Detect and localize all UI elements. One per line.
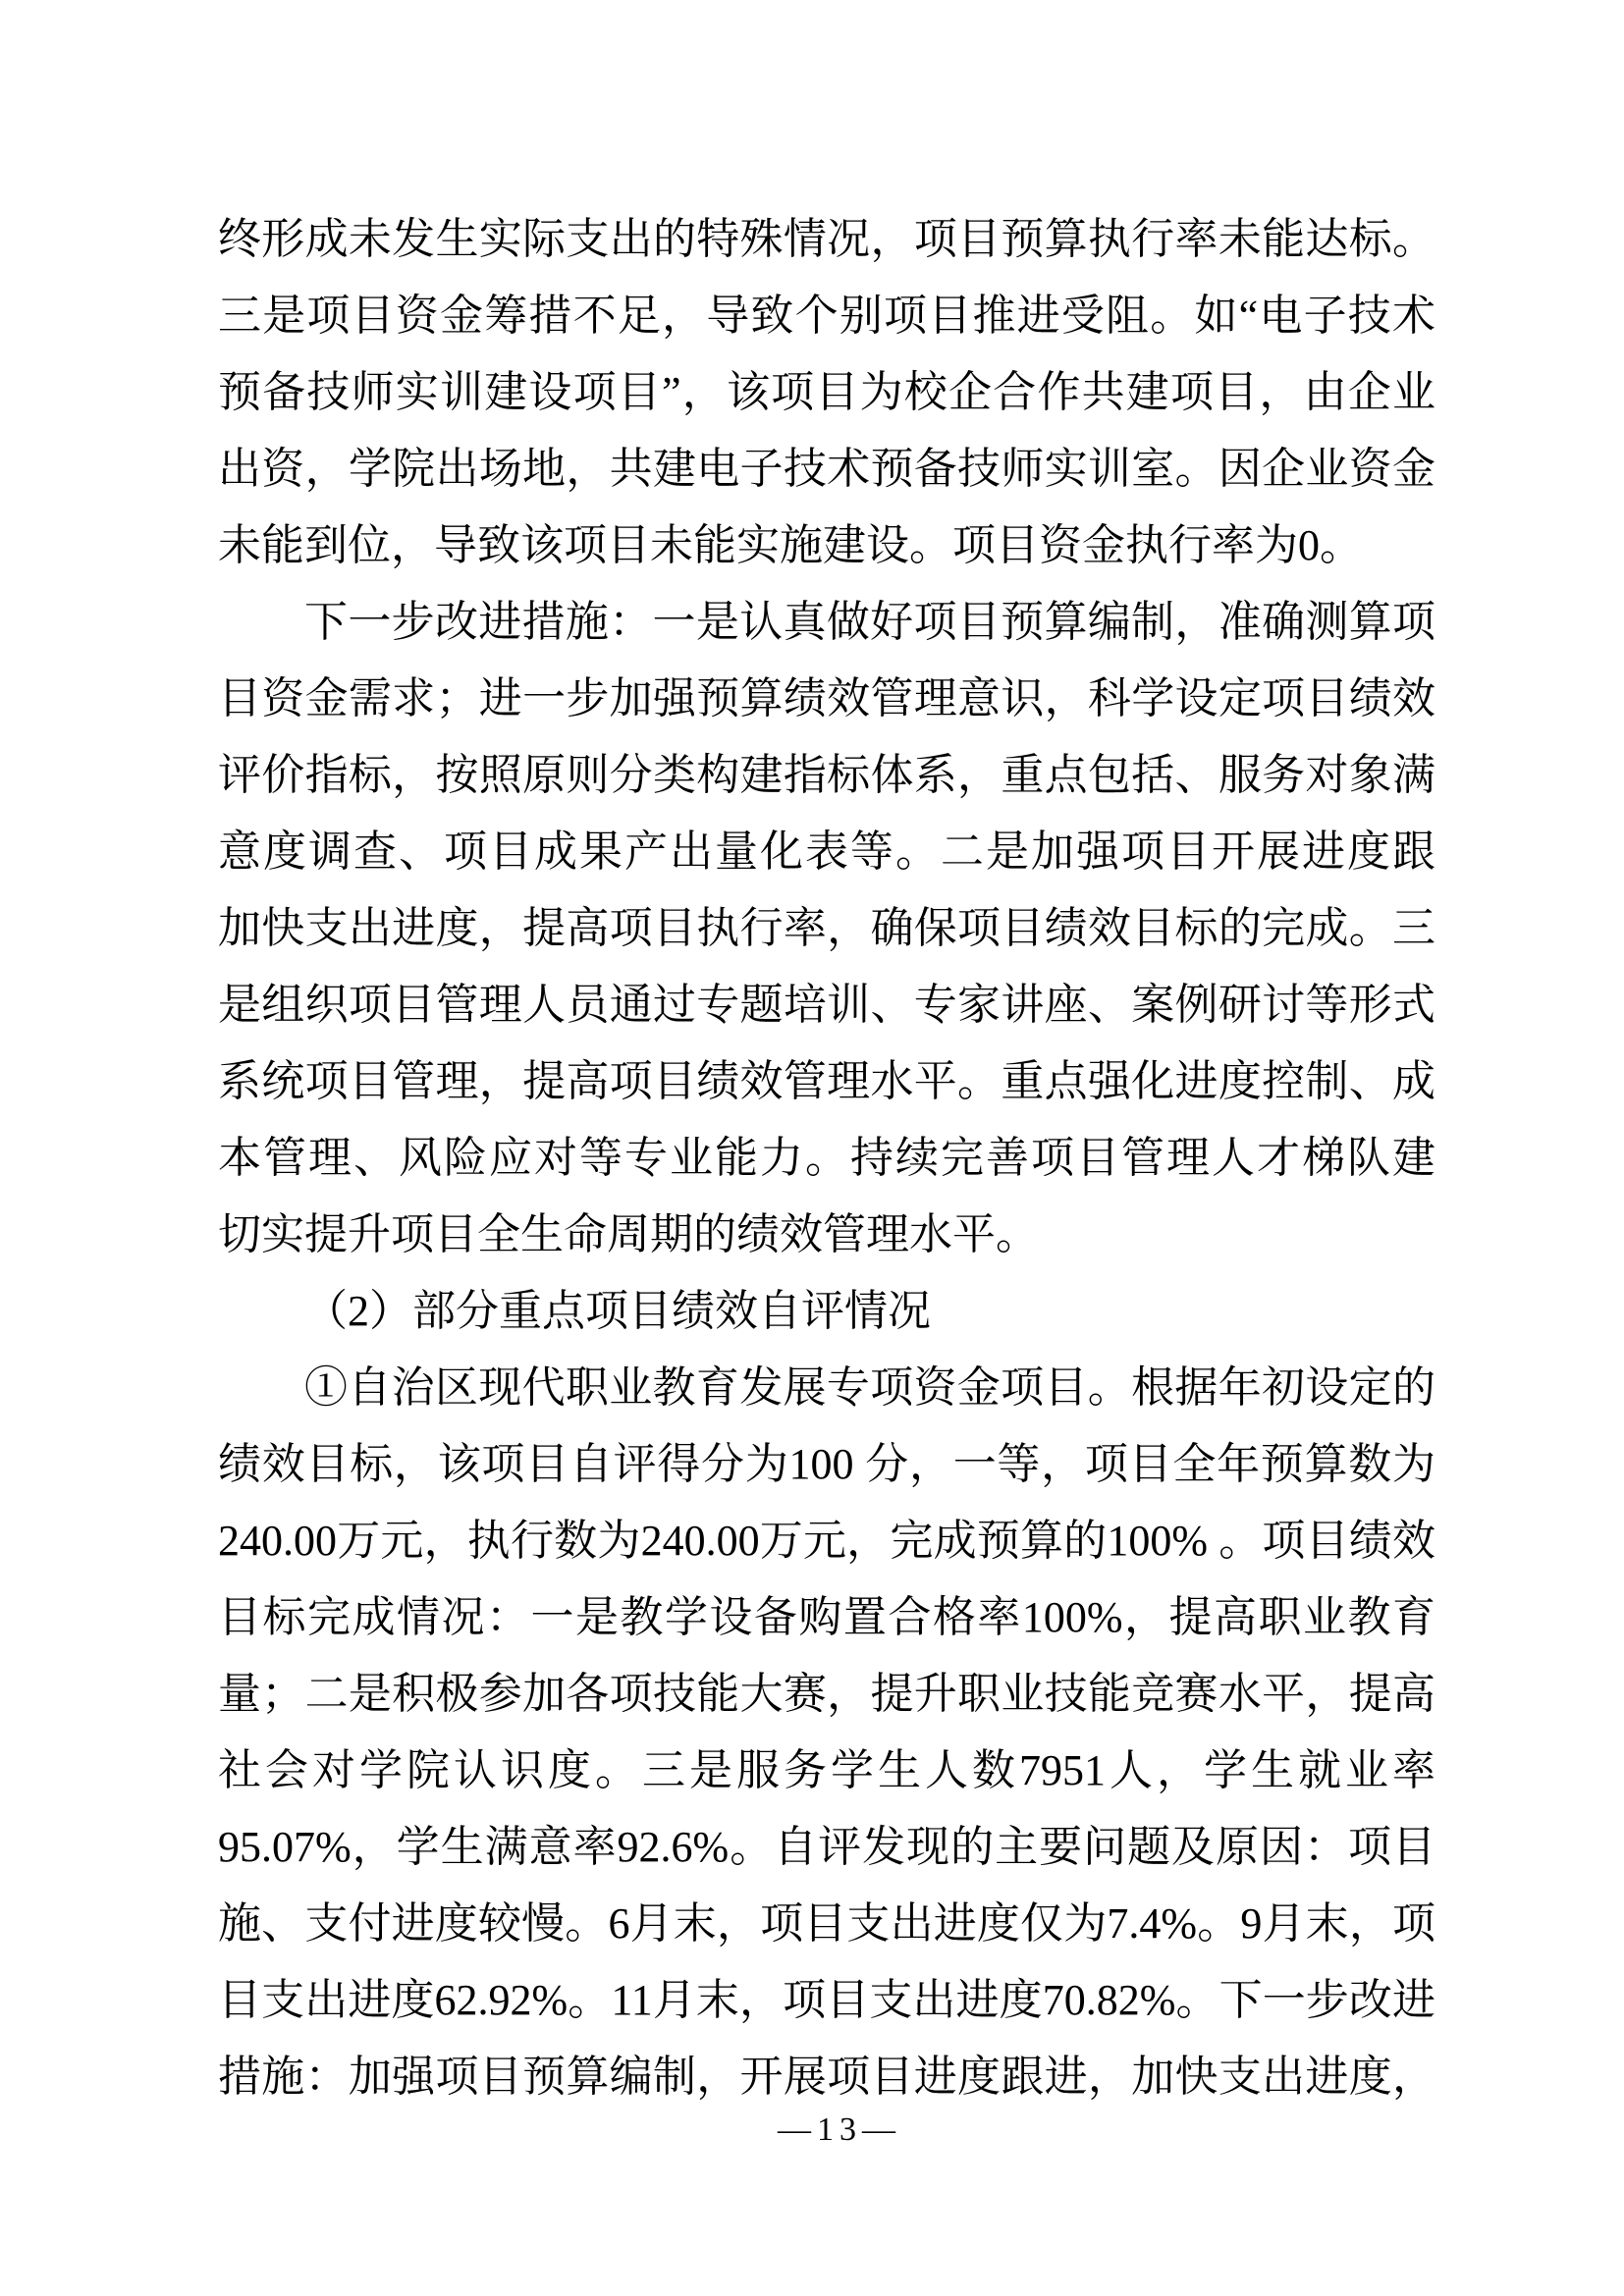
text-line: 目资金需求；进一步加强预算绩效管理意识，科学设定项目绩效 bbox=[218, 661, 1435, 737]
text-line: 加快支出进度，提高项目执行率，确保项目绩效目标的完成。三 bbox=[218, 890, 1435, 967]
text-line: （2）部分重点项目绩效自评情况 bbox=[218, 1273, 1435, 1350]
text-line: ①自治区现代职业教育发展专项资金项目。根据年初设定的 bbox=[218, 1350, 1435, 1426]
text-line: 意度调查、项目成果产出量化表等。二是加强项目开展进度跟进， bbox=[218, 814, 1435, 890]
text-line: 系统项目管理，提高项目绩效管理水平。重点强化进度控制、成 bbox=[218, 1043, 1435, 1120]
text-line: 本管理、风险应对等专业能力。持续完善项目管理人才梯队建设， bbox=[218, 1120, 1435, 1197]
page-number: —13— bbox=[27, 2109, 1624, 2152]
text-line: 绩效目标，该项目自评得分为100 分，一等，项目全年预算数为 bbox=[218, 1426, 1435, 1503]
text-line: 三是项目资金筹措不足，导致个别项目推进受阻。如“电子技术 bbox=[218, 278, 1435, 354]
text-line: 目支出进度62.92%。11月末，项目支出进度70.82%。下一步改进 bbox=[218, 1962, 1435, 2039]
text-line: 量；二是积极参加各项技能大赛，提升职业技能竞赛水平，提高 bbox=[218, 1656, 1435, 1733]
text-line: 预备技师实训建设项目”，该项目为校企合作共建项目，由企业 bbox=[218, 354, 1435, 431]
text-body: 终形成未发生实际支出的特殊情况，项目预算执行率未能达标。三是项目资金筹措不足，导… bbox=[218, 201, 1435, 2115]
text-line: 评价指标，按照原则分类构建指标体系，重点包括、服务对象满 bbox=[218, 737, 1435, 814]
text-line: 施、支付进度较慢。6月末，项目支出进度仅为7.4%。9月末，项 bbox=[218, 1886, 1435, 1962]
text-line: 下一步改进措施：一是认真做好项目预算编制，准确测算项 bbox=[218, 584, 1435, 661]
text-line: 目标完成情况：一是教学设备购置合格率100%，提高职业教育质 bbox=[218, 1579, 1435, 1656]
text-line: 切实提升项目全生命周期的绩效管理水平。 bbox=[218, 1197, 1435, 1273]
document-page: 终形成未发生实际支出的特殊情况，项目预算执行率未能达标。三是项目资金筹措不足，导… bbox=[0, 0, 1624, 2296]
text-line: 出资，学院出场地，共建电子技术预备技师实训室。因企业资金 bbox=[218, 431, 1435, 507]
text-line: 95.07%，学生满意率92.6%。自评发现的主要问题及原因：项目实 bbox=[218, 1809, 1435, 1886]
text-line: 社会对学院认识度。三是服务学生人数7951人，学生就业率 bbox=[218, 1733, 1435, 1809]
text-line: 240.00万元，执行数为240.00万元，完成预算的100% 。项目绩效 bbox=[218, 1503, 1435, 1579]
text-line: 未能到位，导致该项目未能实施建设。项目资金执行率为0。 bbox=[218, 507, 1435, 584]
text-line: 终形成未发生实际支出的特殊情况，项目预算执行率未能达标。 bbox=[218, 201, 1435, 278]
text-line: 措施：加强项目预算编制，开展项目进度跟进，加快支出进度， bbox=[218, 2039, 1435, 2115]
text-line: 是组织项目管理人员通过专题培训、专家讲座、案例研讨等形式 bbox=[218, 967, 1435, 1043]
